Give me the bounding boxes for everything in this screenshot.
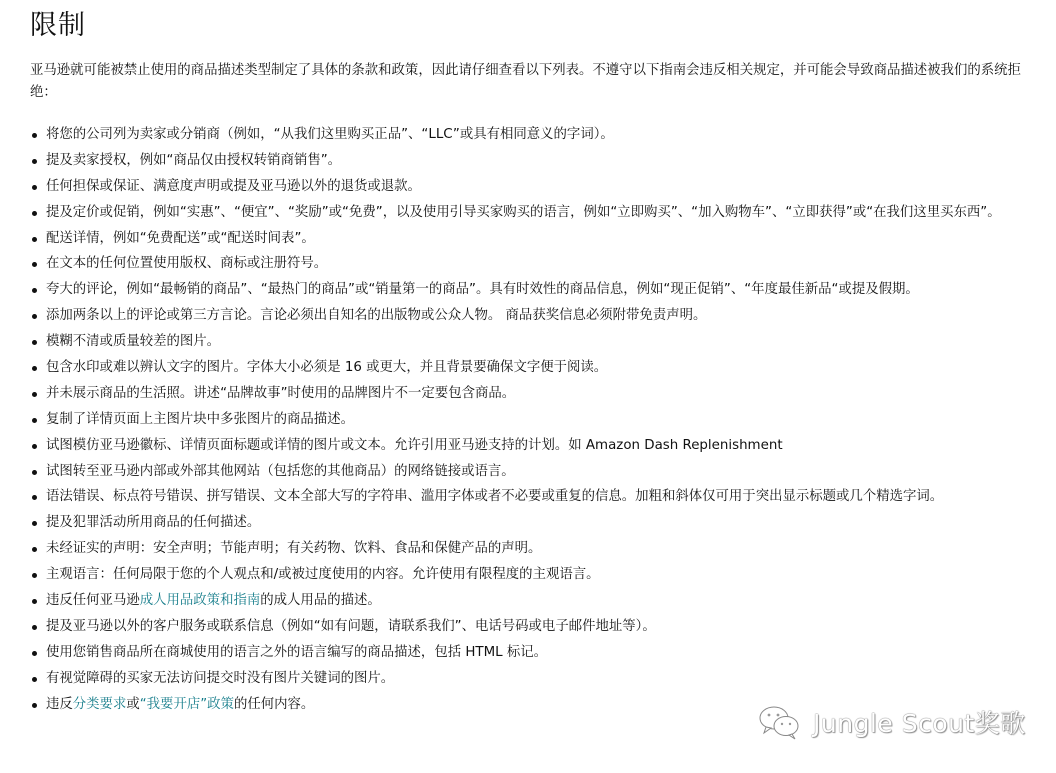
bullet-icon <box>32 573 37 578</box>
list-item: 配送详情，例如“免费配送”或“配送时间表”。 <box>30 228 1042 250</box>
bullet-icon <box>32 677 37 682</box>
list-item: 模糊不清或质量较差的图片。 <box>30 331 1042 353</box>
list-item: 在文本的任何位置使用版权、商标或注册符号。 <box>30 253 1042 275</box>
bullet-icon <box>32 262 37 267</box>
wechat-icon <box>757 704 803 740</box>
bullet-icon <box>32 211 37 216</box>
bullet-icon <box>32 237 37 242</box>
rules-list: 将您的公司列为卖家或分销商（例如，“从我们这里购买正品”、“LLC”或具有相同意… <box>30 124 1050 716</box>
list-item: 复制了详情页面上主图片块中多张图片的商品描述。 <box>30 409 1042 431</box>
bullet-icon <box>32 495 37 500</box>
list-item: 提及卖家授权，例如“商品仅由授权转销商销售”。 <box>30 150 1042 172</box>
bullet-icon <box>32 159 37 164</box>
list-item: 包含水印或难以辨认文字的图片。字体大小必须是 16 或更大，并且背景要确保文字便… <box>30 357 1042 379</box>
bullet-icon <box>32 651 37 656</box>
bullet-icon <box>32 599 37 604</box>
bullet-icon <box>32 625 37 630</box>
list-item: 添加两条以上的评论或第三方言论。言论必须出自知名的出版物或公众人物。 商品获奖信… <box>30 305 1042 327</box>
bullet-icon <box>32 418 37 423</box>
list-item: 使用您销售商品所在商城使用的语言之外的语言编写的商品描述，包括 HTML 标记。 <box>30 642 1042 664</box>
bullet-icon <box>32 366 37 371</box>
list-item: 试图模仿亚马逊徽标、详情页面标题或详情的图片或文本。允许引用亚马逊支持的计划。如… <box>30 435 1042 457</box>
list-item: 夸大的评论，例如“最畅销的商品”、“最热门的商品”或“销量第一的商品”。具有时效… <box>30 279 1042 301</box>
list-item: 未经证实的声明：安全声明；节能声明；有关药物、饮料、食品和保健产品的声明。 <box>30 538 1042 560</box>
bullet-icon <box>32 521 37 526</box>
bullet-icon <box>32 392 37 397</box>
list-item: 并未展示商品的生活照。讲述“品牌故事”时使用的品牌图片不一定要包含商品。 <box>30 383 1042 405</box>
intro-paragraph: 亚马逊就可能被禁止使用的商品描述类型制定了具体的条款和政策，因此请仔细查看以下列… <box>30 60 1040 104</box>
bullet-icon <box>32 340 37 345</box>
list-item: 提及亚马逊以外的客户服务或联系信息（例如“如有问题，请联系我们”、电话号码或电子… <box>30 616 1042 638</box>
bullet-icon <box>32 133 37 138</box>
bullet-icon <box>32 547 37 552</box>
list-item: 试图转至亚马逊内部或外部其他网站（包括您的其他商品）的网络链接或语言。 <box>30 461 1042 483</box>
selling-policy-link[interactable]: “我要开店”政策 <box>140 697 234 712</box>
list-item: 有视觉障碍的买家无法访问提交时没有图片关键词的图片。 <box>30 668 1042 690</box>
bullet-icon <box>32 185 37 190</box>
list-item: 语法错误、标点符号错误、拼写错误、文本全部大写的字符串、滥用字体或者不必要或重复… <box>30 486 1042 508</box>
watermark-text: Jungle Scout奖歌 <box>813 704 1026 740</box>
list-item: 提及定价或促销，例如“实惠”、“便宜”、“奖励”或“免费”，以及使用引导买家购买… <box>30 202 1042 224</box>
bullet-icon <box>32 470 37 475</box>
bullet-icon <box>32 314 37 319</box>
document: 限制 亚马逊就可能被禁止使用的商品描述类型制定了具体的条款和政策，因此请仔细查看… <box>30 0 1050 719</box>
list-item: 任何担保或保证、满意度声明或提及亚马逊以外的退货或退款。 <box>30 176 1042 198</box>
bullet-icon <box>32 444 37 449</box>
page-title: 限制 <box>30 0 1050 46</box>
bullet-icon <box>32 288 37 293</box>
bullet-icon <box>32 703 37 708</box>
watermark: Jungle Scout奖歌 <box>757 704 1026 740</box>
list-item: 主观语言：任何局限于您的个人观点和/或被过度使用的内容。允许使用有限程度的主观语… <box>30 564 1042 586</box>
list-item: 提及犯罪活动所用商品的任何描述。 <box>30 512 1042 534</box>
list-item: 违反任何亚马逊成人用品政策和指南的成人用品的描述。 <box>30 590 1042 612</box>
list-item: 将您的公司列为卖家或分销商（例如，“从我们这里购买正品”、“LLC”或具有相同意… <box>30 124 1042 146</box>
adult-products-policy-link[interactable]: 成人用品政策和指南 <box>140 593 261 608</box>
category-requirements-link[interactable]: 分类要求 <box>73 697 127 712</box>
